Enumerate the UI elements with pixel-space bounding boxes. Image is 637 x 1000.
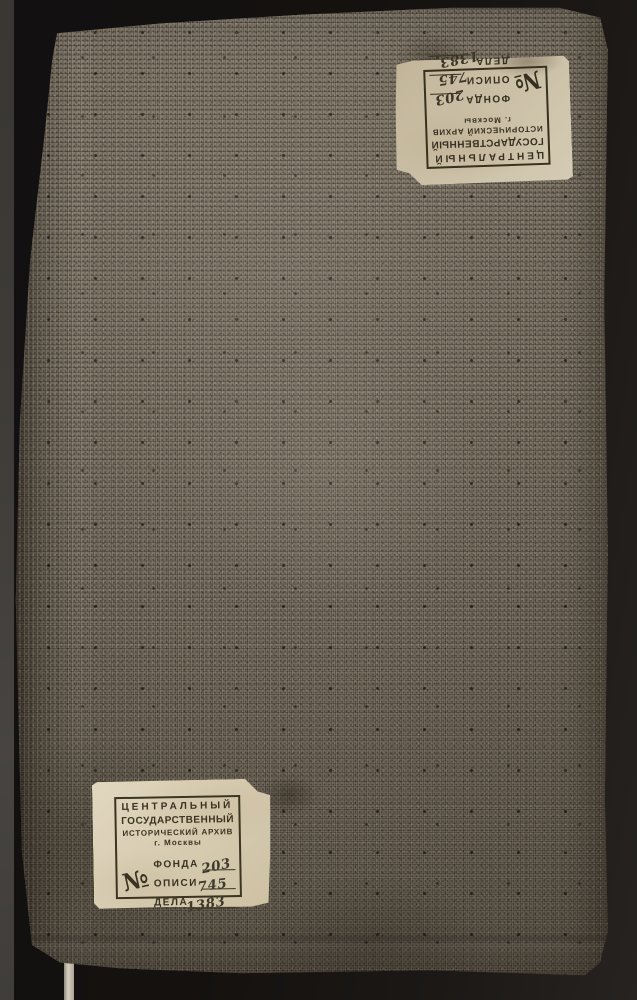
label-border-box: ЦЕНТРАЛЬНЫЙ ГОСУДАРСТВЕННЫЙ ИСТОРИЧЕСКИЙ… — [423, 66, 550, 169]
delo-field-label: ДЕЛА — [475, 53, 509, 66]
label-fields: № ФОНДА 203 ОПИСИ 745 ДЕЛА 1383 — [429, 52, 543, 113]
scanner-edge-strip — [0, 0, 14, 1000]
field-row-fond: ФОНДА 203 — [430, 91, 511, 113]
org-name-line1: ЦЕНТРАЛЬНЫЙ — [432, 148, 544, 162]
archive-label-top: ЦЕНТРАЛЬНЫЙ ГОСУДАРСТВЕННЫЙ ИСТОРИЧЕСКИЙ… — [393, 55, 573, 186]
opis-field-label: ОПИСИ — [465, 72, 509, 86]
delo-underline: 1383 — [192, 889, 236, 909]
opis-underline: 745 — [202, 870, 236, 890]
field-row-fond: ФОНДА 203 — [153, 851, 235, 871]
org-name-line2: ГОСУДАРСТВЕННЫЙ — [121, 815, 235, 827]
opis-underline: 745 — [429, 74, 461, 94]
org-name-line2: ГОСУДАРСТВЕННЫЙ — [432, 135, 544, 149]
field-row-delo: ДЕЛА 1383 — [154, 889, 236, 909]
delo-field-label: ДЕЛА — [154, 897, 188, 910]
org-name-line3: ИСТОРИЧЕСКИЙ АРХИВ — [121, 828, 235, 838]
fond-underline: 203 — [203, 851, 236, 871]
org-city-line: г. Москвы — [121, 838, 235, 848]
archive-label-bottom: ЦЕНТРАЛЬНЫЙ ГОСУДАРСТВЕННЫЙ ИСТОРИЧЕСКИЙ… — [92, 778, 272, 909]
number-sign: № — [120, 866, 151, 895]
field-row-opis: ОПИСИ 745 — [154, 870, 236, 890]
archival-scan-background: ЦЕНТРАЛЬНЫЙ ГОСУДАРСТВЕННЫЙ ИСТОРИЧЕСКИЙ… — [0, 0, 637, 1000]
opis-field-label: ОПИСИ — [154, 878, 198, 891]
fond-underline: 203 — [430, 93, 461, 113]
fond-field-label: ФОНДА — [465, 91, 511, 105]
label-fields: № ФОНДА 203 ОПИСИ 745 ДЕЛА 1383 — [121, 851, 236, 910]
fond-field-label: ФОНДА — [153, 858, 199, 871]
label-border-box: ЦЕНТРАЛЬНЫЙ ГОСУДАРСТВЕННЫЙ ИСТОРИЧЕСКИЙ… — [114, 795, 242, 899]
number-sign: № — [512, 66, 543, 96]
org-name-line1: ЦЕНТРАЛЬНЫЙ — [120, 801, 234, 813]
org-name-line3: ИСТОРИЧЕСКИЙ АРХИВ — [431, 124, 543, 136]
delo-underline: 1383 — [429, 55, 471, 75]
